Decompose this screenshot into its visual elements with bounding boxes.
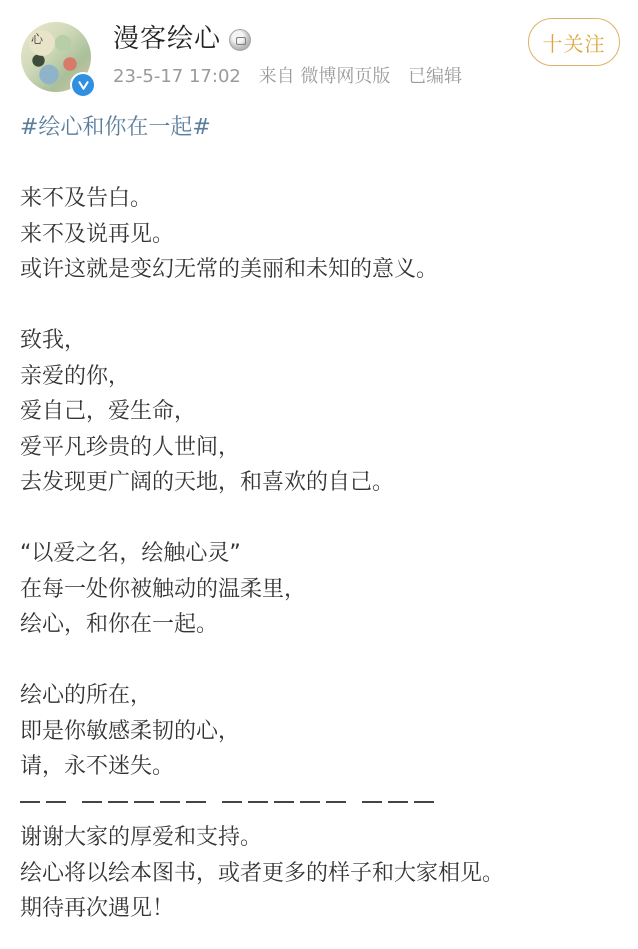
author-name[interactable]: 漫客绘心	[113, 22, 221, 56]
post-timestamp: 23-5-17 17:02	[113, 66, 241, 87]
text-line: 来不及说再见。	[20, 217, 630, 253]
text-line: “以爱之名，绘触心灵”	[20, 536, 630, 572]
dash-group	[20, 801, 66, 803]
text-line: 绘心的所在，	[20, 678, 630, 714]
dash	[82, 801, 102, 803]
dash-group	[82, 801, 206, 803]
text-line: 请，永不迷失。	[20, 749, 630, 785]
text-line: 爱自己，爱生命，	[20, 394, 630, 430]
text-line: 绘心将以绘本图书，或者更多的样子和大家相见。	[20, 856, 630, 892]
follow-button[interactable]: 十关注	[528, 18, 620, 66]
dash	[388, 801, 408, 803]
avatar-glyph: 心	[31, 30, 43, 47]
text-line: 谢谢大家的厚爱和支持。	[20, 820, 630, 856]
text-line: 或许这就是变幻无常的美丽和未知的意义。	[20, 252, 630, 288]
dashed-divider	[20, 785, 630, 821]
paragraph-spacer	[20, 643, 630, 679]
dash	[414, 801, 434, 803]
dash	[222, 801, 242, 803]
text-line: 致我，	[20, 323, 630, 359]
text-line: 在每一处你被触动的温柔里，	[20, 572, 630, 608]
dash	[186, 801, 206, 803]
dash	[46, 801, 66, 803]
post-meta: 23-5-17 17:02 来自 微博网页版 已编辑	[113, 64, 474, 90]
paragraph-spacer	[20, 288, 630, 324]
dash	[108, 801, 128, 803]
text-line: 去发现更广阔的天地，和喜欢的自己。	[20, 465, 630, 501]
edited-label[interactable]: 已编辑	[408, 66, 462, 87]
post-header: 心 漫客绘心 23-5-17 17:02 来自 微博网页版 已编辑 十关注	[0, 0, 638, 105]
paragraph-spacer	[20, 501, 630, 537]
dash-group	[362, 801, 434, 803]
text-line: 即是你敏感柔韧的心，	[20, 714, 630, 750]
dash	[326, 801, 346, 803]
post-source: 来自 微博网页版	[259, 66, 391, 87]
text-line: 来不及告白。	[20, 181, 630, 217]
text-line: 爱平凡珍贵的人世间，	[20, 430, 630, 466]
text-line: 绘心，和你在一起。	[20, 607, 630, 643]
text-line: 亲爱的你，	[20, 359, 630, 395]
text-line: 期待再次遇见！	[20, 891, 630, 927]
dash	[274, 801, 294, 803]
dash	[160, 801, 180, 803]
post-body: #绘心和你在一起# 来不及告白。 来不及说再见。 或许这就是变幻无常的美丽和未知…	[20, 110, 630, 927]
verified-badge-icon	[70, 72, 96, 98]
hashtag-link[interactable]: #绘心和你在一起#	[20, 110, 630, 146]
dash	[134, 801, 154, 803]
paragraph-spacer	[20, 146, 630, 182]
dash	[248, 801, 268, 803]
dash	[20, 801, 40, 803]
dash-group	[222, 801, 346, 803]
dash	[300, 801, 320, 803]
medal-icon[interactable]	[229, 29, 251, 51]
dash	[362, 801, 382, 803]
